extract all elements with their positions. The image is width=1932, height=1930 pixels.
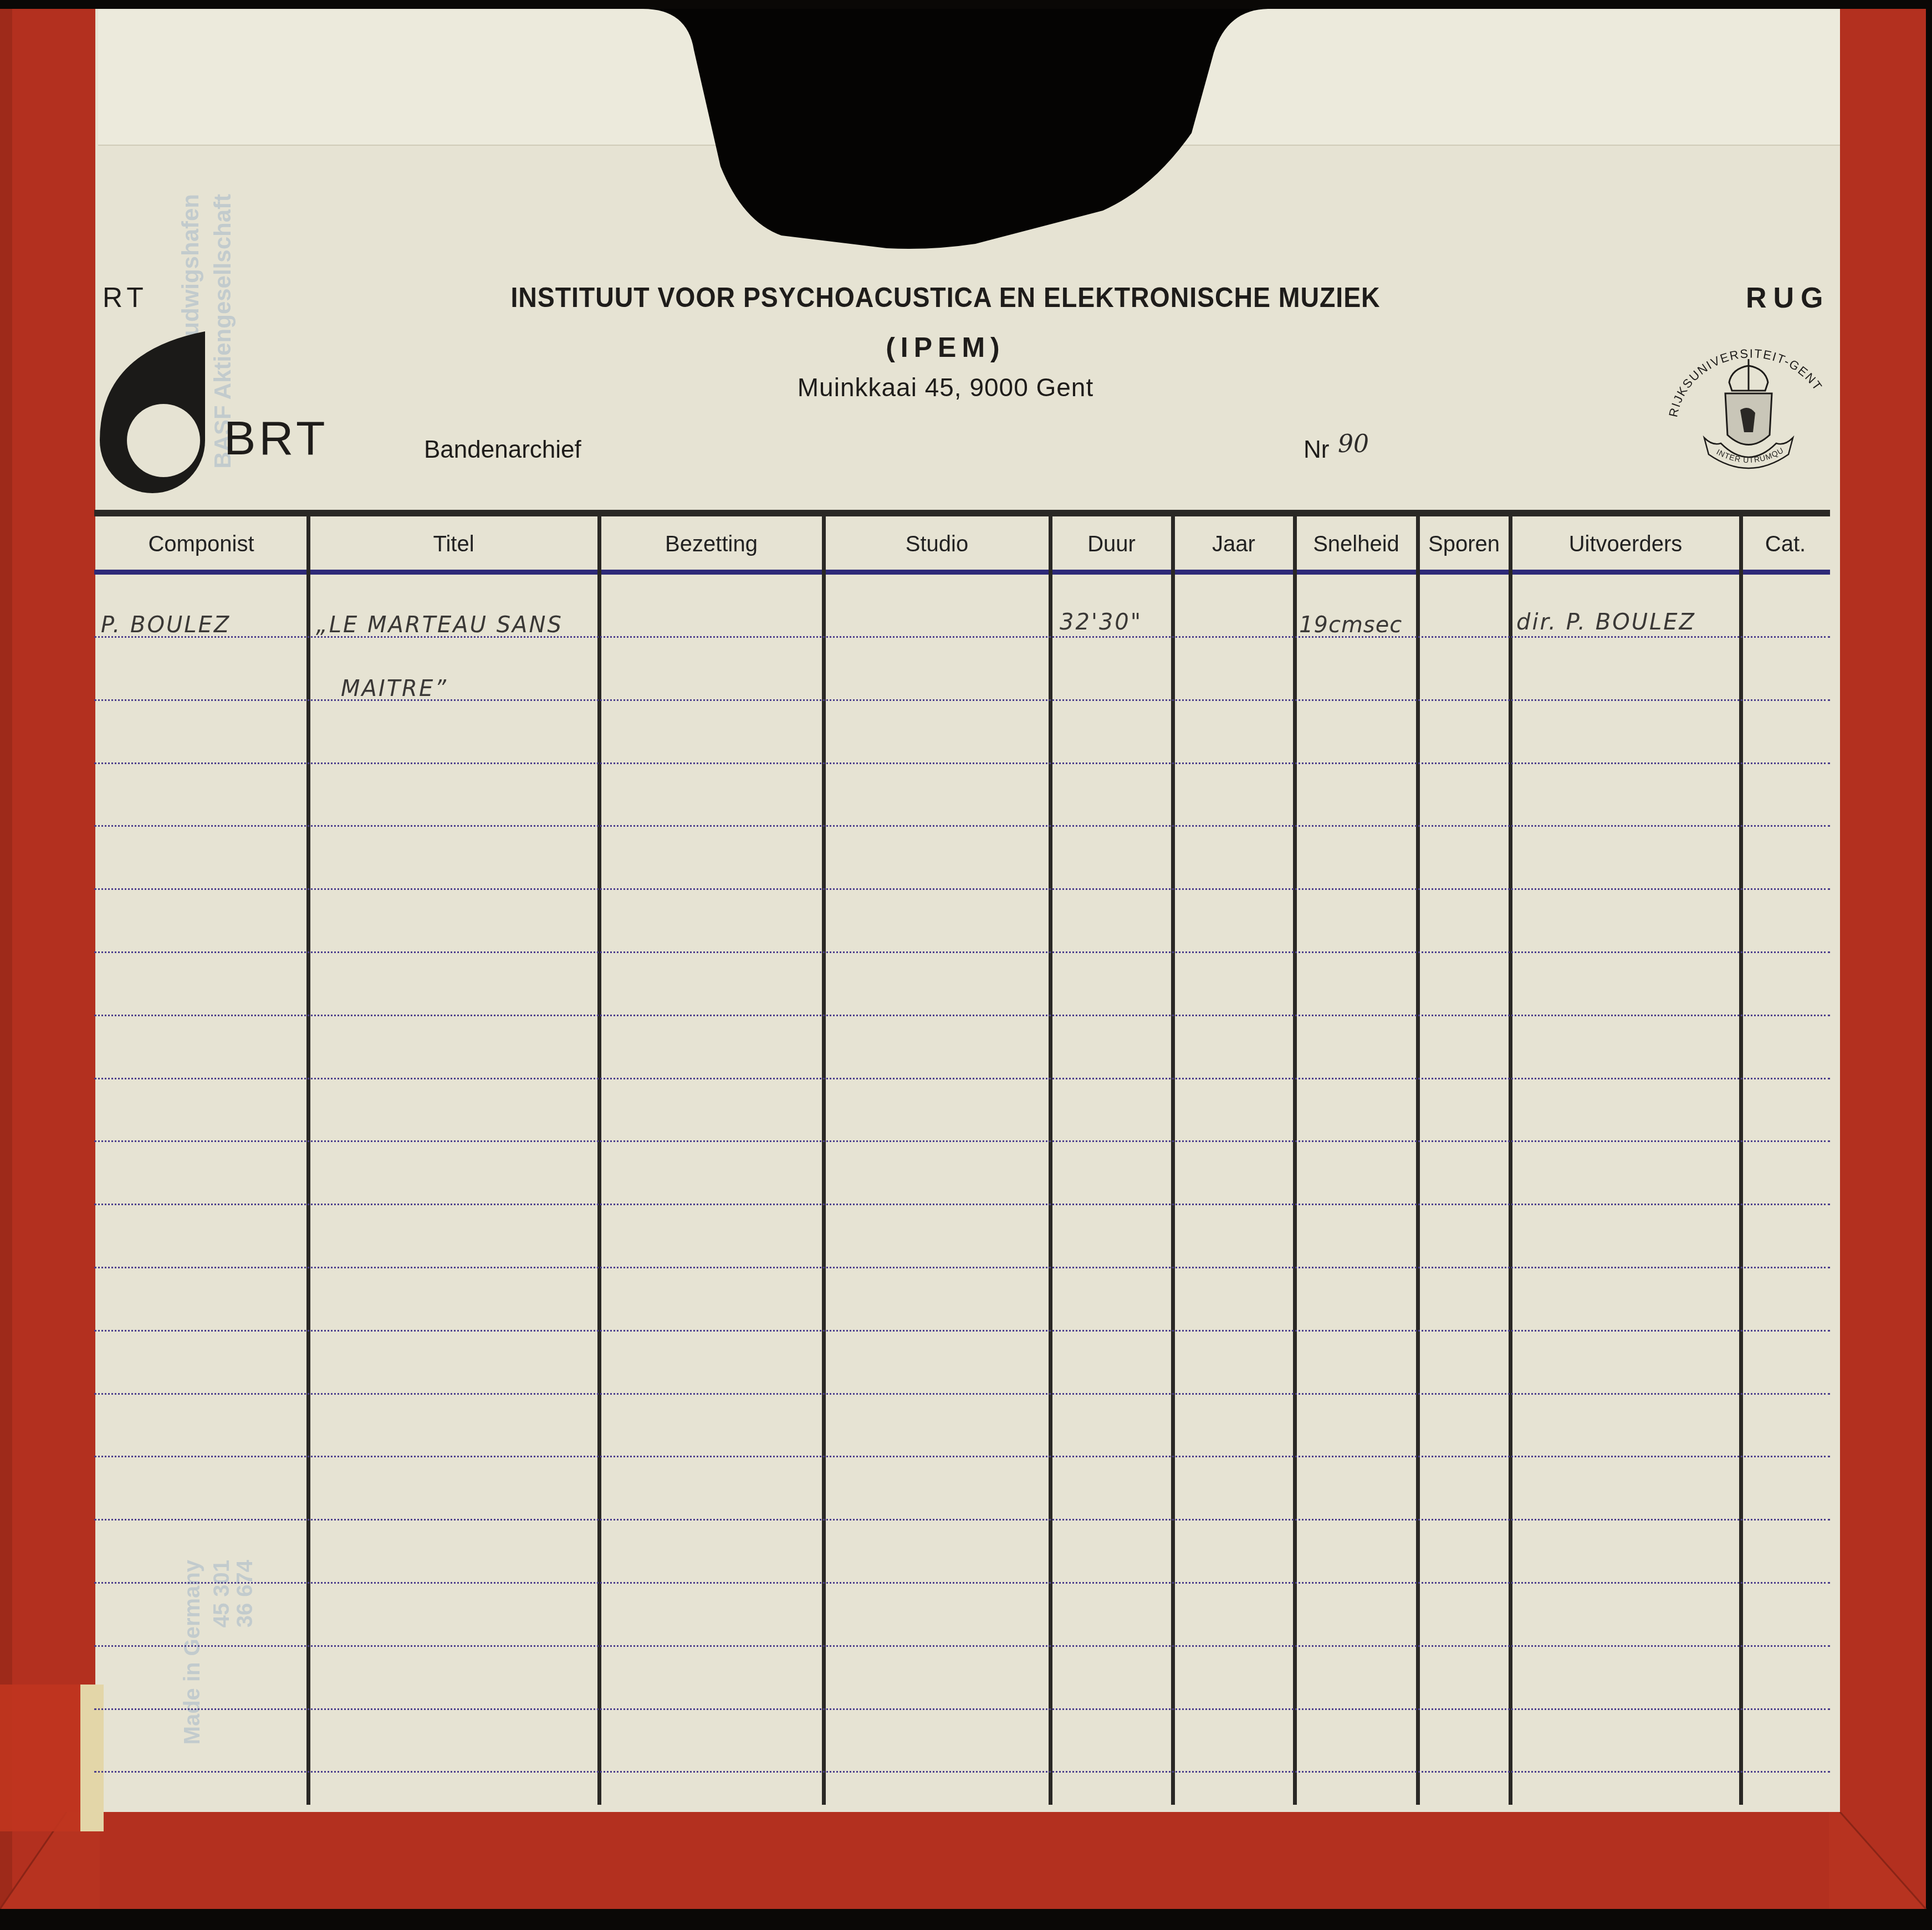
column-divider [822, 516, 826, 1805]
brt-logo-text: BRT [224, 411, 328, 466]
corner-fold-right [1829, 1812, 1932, 1909]
table-row-line [94, 1267, 1830, 1268]
university-seal-icon: RIJKSUNIVERSITEIT-GENT INTER UTRUMQUE [1660, 344, 1837, 482]
table-row-line [94, 1582, 1830, 1584]
column-divider [306, 516, 310, 1805]
column-divider [1416, 516, 1420, 1805]
table-row-line [94, 1204, 1830, 1205]
right-mark: RUG [1746, 281, 1830, 315]
archive-label: Bandenarchief [424, 436, 581, 464]
column-header-duur: Duur [1050, 532, 1173, 563]
column-header-componist: Componist [94, 532, 308, 563]
table-row-line [94, 1771, 1830, 1773]
table-row-line [94, 951, 1830, 953]
table-row-line [94, 1078, 1830, 1079]
column-header-titel: Titel [308, 532, 599, 563]
column-divider [1293, 516, 1297, 1805]
column-header-sporen: Sporen [1418, 532, 1510, 563]
table-top-rule [94, 510, 1830, 516]
bleed-through-text: 45 301 [209, 1560, 234, 1627]
table-row-line [94, 1456, 1830, 1457]
cell-titel-cont[interactable]: MAITRE” [341, 676, 448, 702]
institute-title: INSTITUUT VOOR PSYCHOACUSTICA EN ELEKTRO… [66, 281, 1824, 314]
institute-acronym: (IPEM) [0, 331, 1891, 364]
column-header-cat: Cat. [1741, 532, 1830, 563]
column-header-jaar: Jaar [1173, 532, 1295, 563]
table-row-line [94, 1519, 1830, 1521]
column-header-studio: Studio [824, 532, 1050, 563]
bleed-through-text: Made in Germany [180, 1560, 205, 1744]
cell-snelheid[interactable]: 19cmsec [1299, 612, 1402, 638]
column-divider [1509, 516, 1512, 1805]
table-row-line [94, 1330, 1830, 1332]
cell-duur[interactable]: 32'30" [1060, 610, 1142, 635]
column-divider [1739, 516, 1743, 1805]
table-header-rule [94, 570, 1830, 575]
table-row-line [94, 825, 1830, 827]
tape-repair [80, 1685, 104, 1831]
column-header-bezetting: Bezetting [599, 532, 824, 563]
archive-sleeve-paper [95, 9, 1840, 1812]
table-row-line [94, 1393, 1830, 1395]
column-header-uitvoerders: Uitvoerders [1510, 532, 1741, 563]
table-row-line [94, 1645, 1830, 1647]
table-row-line [94, 762, 1830, 764]
table-row-line [94, 1015, 1830, 1016]
column-divider [1049, 516, 1052, 1805]
cell-componist[interactable]: P. BOULEZ [101, 612, 231, 638]
institute-address: Muinkkaai 45, 9000 Gent [0, 372, 1891, 402]
number-value[interactable]: 90 [1338, 430, 1369, 458]
cell-titel[interactable]: „LE MARTEAU SANS [316, 612, 563, 638]
table-row-line [94, 888, 1830, 890]
column-divider [1171, 516, 1175, 1805]
table-row-line [94, 1708, 1830, 1710]
number-label: Nr [1304, 436, 1329, 464]
table-row-line [94, 1140, 1830, 1142]
brt-logo-icon [95, 330, 206, 493]
cell-uitvoerders[interactable]: dir. P. BOULEZ [1516, 610, 1696, 635]
bleed-through-text: 36 674 [233, 1560, 258, 1627]
column-divider [597, 516, 601, 1805]
tape-repair-on-cover [0, 1685, 80, 1831]
column-header-snelheid: Snelheid [1295, 532, 1418, 563]
box-spine [0, 7, 12, 1909]
thumb-cutout [0, 0, 1932, 255]
